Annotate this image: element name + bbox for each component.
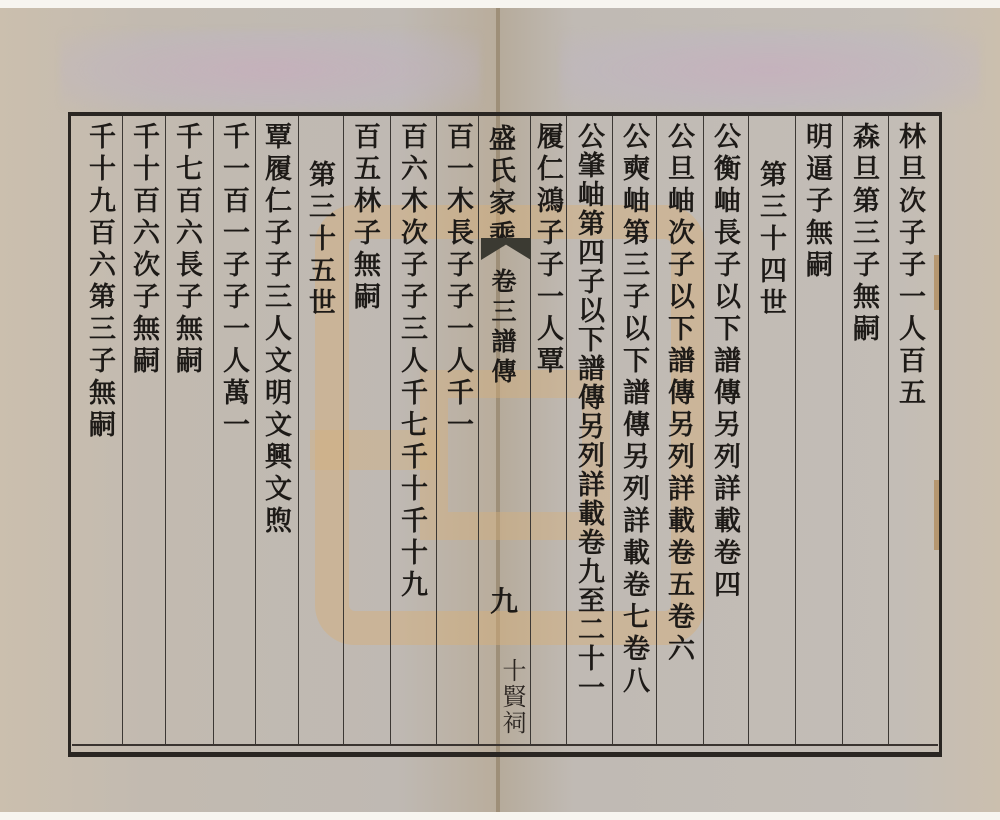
text-column: 林旦次子子一人百五 xyxy=(896,122,923,410)
column-rule xyxy=(213,116,214,744)
text-column: 公衡岫長子以下譜傳另列詳載卷四 xyxy=(711,122,738,602)
column-rule xyxy=(842,116,843,744)
pink-haze-right xyxy=(560,30,980,110)
text-column: 千十九百六第三子無嗣 xyxy=(86,122,113,442)
column-rule xyxy=(703,116,704,744)
pink-haze-left xyxy=(60,30,480,110)
text-column: 百五林子無嗣 xyxy=(351,122,378,314)
column-rule xyxy=(888,116,889,744)
column-rule xyxy=(478,116,479,744)
text-column: 履仁鴻子子一人覃 xyxy=(534,122,561,378)
text-column: 千七百六長子無嗣 xyxy=(173,122,200,378)
text-column: 森旦第三子無嗣 xyxy=(850,122,877,346)
text-column: 公奭岫第三子以下譜傳另列詳載卷七卷八 xyxy=(620,122,647,698)
foot-text: 十賢祠 xyxy=(495,658,530,736)
column-rule xyxy=(530,116,531,744)
text-column: 公旦岫次子以下譜傳另列詳載卷五卷六 xyxy=(665,122,692,666)
text-column: 千一百一子子一人萬一 xyxy=(220,122,247,442)
book-title: 盛氏家乘 xyxy=(486,124,513,252)
volume-label: 卷三譜傳 xyxy=(490,268,515,388)
frame-double-rule xyxy=(72,744,938,746)
column-rule xyxy=(122,116,123,744)
text-column: 百一木長子子一人千一 xyxy=(444,122,471,442)
column-rule xyxy=(390,116,391,744)
generation-heading: 第三十五世 xyxy=(306,160,333,320)
column-rule xyxy=(795,116,796,744)
text-column: 公肇岫第四子以下譜傳另列詳載卷九至二十一 xyxy=(575,122,602,702)
column-rule xyxy=(656,116,657,744)
column-rule xyxy=(566,116,567,744)
column-rule xyxy=(436,116,437,744)
generation-heading: 第三十四世 xyxy=(757,160,784,320)
text-column: 千十百六次子無嗣 xyxy=(130,122,157,378)
text-column: 覃履仁子子三人文明文興文煦 xyxy=(262,122,289,538)
column-rule xyxy=(298,116,299,744)
column-rule xyxy=(343,116,344,744)
column-rule xyxy=(612,116,613,744)
text-column: 百六木次子子三人千七千十千十九 xyxy=(398,122,425,602)
column-rule xyxy=(255,116,256,744)
text-column: 明逼子無嗣 xyxy=(803,122,830,282)
column-rule xyxy=(748,116,749,744)
column-rule xyxy=(165,116,166,744)
page-number: 九 xyxy=(490,580,518,620)
